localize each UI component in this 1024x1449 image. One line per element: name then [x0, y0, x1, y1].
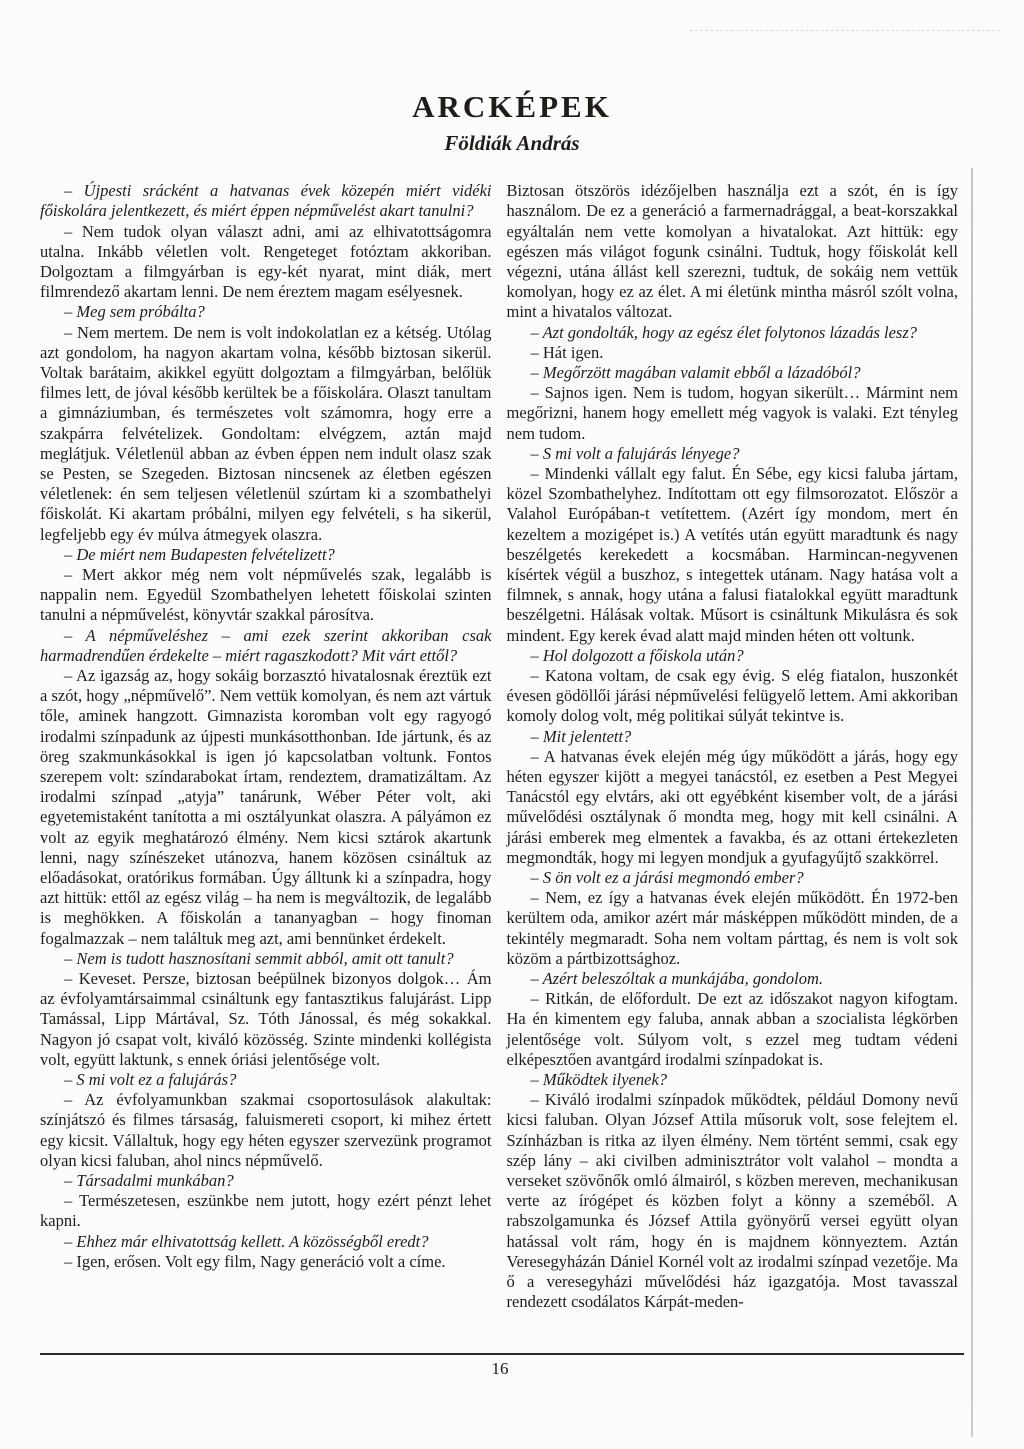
header: ARCKÉPEK Földiák András [0, 0, 1024, 156]
scan-noise-artifact [690, 30, 1000, 31]
interview-answer: – Keveset. Persze, biztosan beépülnek bi… [40, 969, 492, 1070]
interview-question: – S mi volt ez a falujárás? [40, 1070, 492, 1090]
interview-question: – Hol dolgozott a főiskola után? [507, 646, 959, 666]
interview-answer: – Nem mertem. De nem is volt indokolatla… [40, 323, 492, 545]
article-columns: – Újpesti srácként a hatvanas évek közep… [0, 156, 1024, 1312]
interview-answer: – Ritkán, de előfordult. De ezt az idősz… [507, 989, 959, 1070]
footer-rule [40, 1353, 964, 1355]
interview-question: – Mit jelentett? [507, 727, 959, 747]
interview-answer: – Kiváló irodalmi színpadok működtek, pé… [507, 1090, 959, 1312]
interview-answer: – Katona voltam, de csak egy évig. S elé… [507, 666, 959, 727]
page-number: 16 [0, 1359, 1000, 1379]
interview-question: – Nem is tudott hasznosítani semmit abbó… [40, 949, 492, 969]
interview-question: – Működtek ilyenek? [507, 1070, 959, 1090]
interview-answer: – Az igazság az, hogy sokáig borzasztó h… [40, 666, 492, 949]
interview-answer: – Természetesen, eszünkbe nem jutott, ho… [40, 1191, 492, 1231]
page-title: ARCKÉPEK [0, 90, 1024, 124]
interview-question: – Azért beleszóltak a munkájába, gondolo… [507, 969, 959, 989]
interview-answer: Biztosan ötszörös idézőjelben használja … [507, 181, 959, 322]
page-subtitle: Földiák András [0, 131, 1024, 156]
right-column: Biztosan ötszörös idézőjelben használja … [507, 181, 959, 1312]
interview-question: – S ön volt ez a járási megmondó ember? [507, 868, 959, 888]
interview-question: – Újpesti srácként a hatvanas évek közep… [40, 181, 492, 221]
interview-question: – Társadalmi munkában? [40, 1171, 492, 1191]
interview-answer: – Az évfolyamunkban szakmai csoportosulá… [40, 1090, 492, 1171]
interview-answer: – Igen, erősen. Volt egy film, Nagy gene… [40, 1252, 492, 1272]
left-column: – Újpesti srácként a hatvanas évek közep… [40, 181, 492, 1312]
interview-answer: – A hatvanas évek elején még úgy működöt… [507, 747, 959, 868]
interview-answer: – Nem, ez így a hatvanas évek elején műk… [507, 888, 959, 969]
interview-answer: – Mindenki vállalt egy falut. Én Sébe, e… [507, 464, 959, 646]
interview-answer: – Mert akkor még nem volt népművelés sza… [40, 565, 492, 626]
scanned-page: ARCKÉPEK Földiák András – Újpesti srácké… [0, 0, 1024, 1449]
interview-question: – Megőrzött magában valamit ebből a láza… [507, 363, 959, 383]
interview-answer: – Nem tudok olyan választ adni, ami az e… [40, 222, 492, 303]
interview-question: – Ehhez már elhivatottság kellett. A köz… [40, 1232, 492, 1252]
page-edge-scan-line [971, 168, 973, 1437]
interview-question: – Azt gondolták, hogy az egész élet foly… [507, 323, 959, 343]
interview-question: – A népműveléshez – ami ezek szerint akk… [40, 626, 492, 666]
interview-answer: – Hát igen. [507, 343, 959, 363]
interview-question: – Meg sem próbálta? [40, 302, 492, 322]
interview-question: – S mi volt a falujárás lényege? [507, 444, 959, 464]
interview-answer: – Sajnos igen. Nem is tudom, hogyan sike… [507, 383, 959, 444]
interview-question: – De miért nem Budapesten felvételizett? [40, 545, 492, 565]
